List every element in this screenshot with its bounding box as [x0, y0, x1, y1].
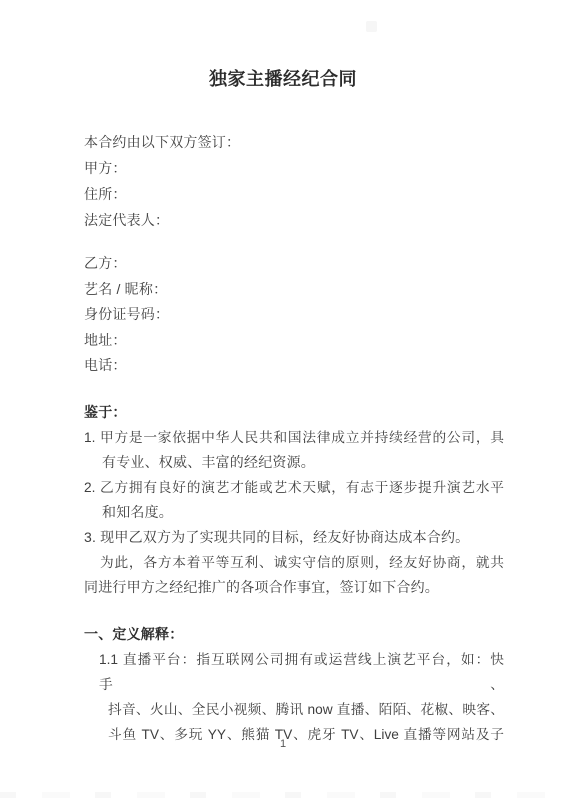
whereas-item-3-line: 3. 现甲乙双方为了实现共同的目标，经友好协商达成本合约。: [84, 525, 504, 550]
document-title: 独家主播经纪合同: [0, 66, 566, 92]
clause-1-1-line-1: 1.1 直播平台：指互联网公司拥有或运营线上演艺平台，如：快手、: [99, 647, 504, 697]
whereas-closing-line-2: 同进行甲方之经纪推广的各项合作事宜，签订如下合约。: [84, 575, 504, 600]
scan-noise-strip: [0, 792, 566, 798]
party-b-address-label: 地址：: [84, 328, 504, 354]
party-b-phone-label: 电话：: [84, 353, 504, 379]
page-number: 1: [0, 737, 566, 752]
whereas-item-1-line-2: 有专业、权威、丰富的经纪资源。: [102, 450, 504, 475]
party-a-label: 甲方：: [84, 155, 504, 181]
party-a-address-label: 住所：: [84, 181, 504, 207]
whereas-heading: 鉴于：: [84, 400, 504, 425]
definitions-heading: 一、定义解释：: [84, 622, 504, 647]
whereas-section: 鉴于： 1. 甲方是一家依据中华人民共和国法律成立并持续经营的公司，具 有专业、…: [84, 400, 504, 600]
contract-page: 独家主播经纪合同 本合约由以下双方签订： 甲方： 住所： 法定代表人： 乙方： …: [0, 0, 566, 800]
party-b-id-number-label: 身份证号码：: [84, 302, 504, 328]
whereas-item-1-line-1: 1. 甲方是一家依据中华人民共和国法律成立并持续经营的公司，具: [84, 425, 504, 450]
party-a-legal-rep-label: 法定代表人：: [84, 207, 504, 233]
definitions-section: 一、定义解释： 1.1 直播平台：指互联网公司拥有或运营线上演艺平台，如：快手、…: [84, 622, 504, 747]
signing-intro-line: 本合约由以下双方签订：: [84, 129, 504, 155]
scan-smudge-artifact: [366, 21, 377, 32]
whereas-closing-line-1: 为此，各方本着平等互利、诚实守信的原则，经友好协商，就共: [100, 550, 504, 575]
party-b-stagename-label: 艺名 / 昵称：: [84, 277, 504, 303]
party-b-section: 乙方： 艺名 / 昵称： 身份证号码： 地址： 电话：: [84, 251, 504, 379]
whereas-item-2-line-2: 和知名度。: [102, 500, 504, 525]
clause-1-1-line-2: 抖音、火山、全民小视频、腾讯 now 直播、陌陌、花椒、映客、: [108, 697, 504, 722]
party-b-label: 乙方：: [84, 251, 504, 277]
whereas-item-2-line-1: 2. 乙方拥有良好的演艺才能或艺术天赋，有志于逐步提升演艺水平: [84, 475, 504, 500]
parties-intro-section: 本合约由以下双方签订： 甲方： 住所： 法定代表人：: [84, 129, 504, 233]
